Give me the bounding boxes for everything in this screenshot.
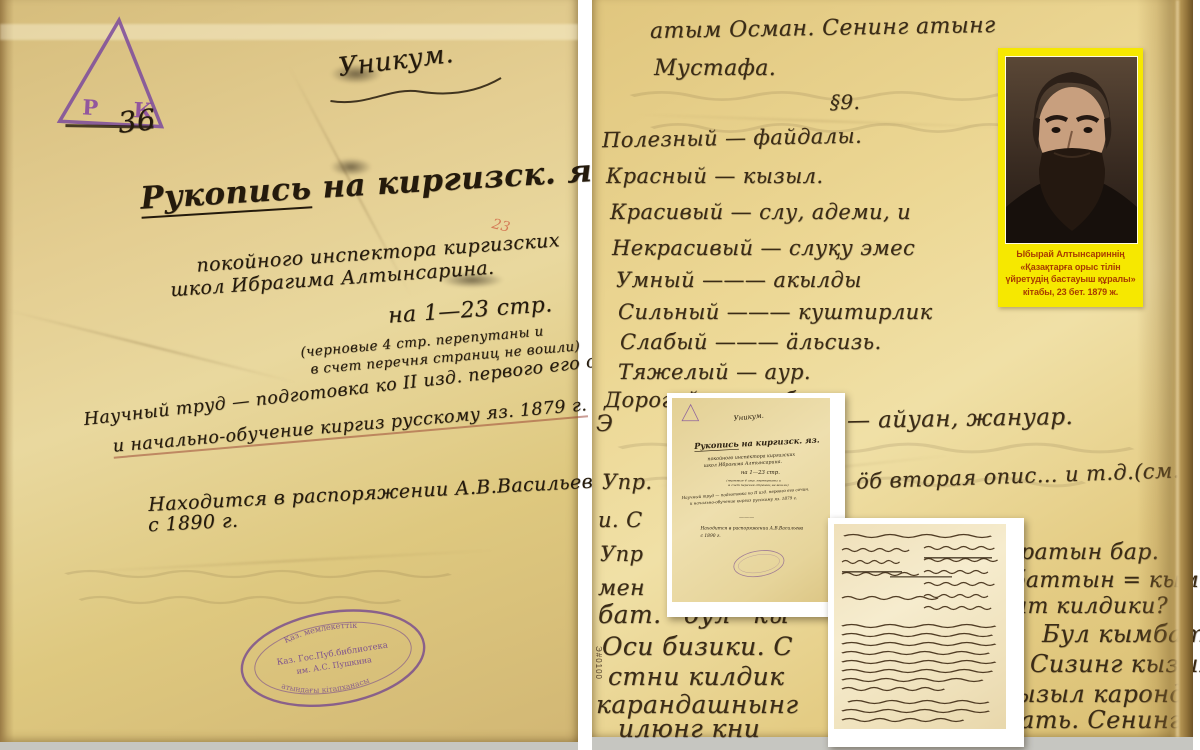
caption-line: үйретудің бастауыш құралы» xyxy=(1006,274,1136,284)
section-mark: §9. xyxy=(830,90,860,114)
mini-heading-word: Рукопись xyxy=(694,439,739,451)
ink-bleedthrough xyxy=(60,560,520,620)
thumbnail-paper: Уникум. Рукопись на киргизск. яз. покойн… xyxy=(672,398,830,602)
line-fragment: Оси бизики. С xyxy=(602,632,793,661)
cover-miniature: Уникум. Рукопись на киргизск. яз. покойн… xyxy=(672,398,830,602)
catalog-watermark: Э#0100 xyxy=(594,646,603,680)
mini-line: Находится в распоряжении А.В.Васильева xyxy=(700,526,803,531)
svg-text:Қаз. мемлекеттік: Қаз. мемлекеттік xyxy=(282,618,360,645)
eye xyxy=(1084,127,1093,133)
vocab-line: Тяжелый — аур. xyxy=(618,360,811,384)
inset-cover-thumbnail: Уникум. Рукопись на киргизск. яз. покойн… xyxy=(667,393,845,617)
line-fragment: мен xyxy=(598,576,645,601)
page-range-line: на 1—23 стр. xyxy=(387,292,553,328)
mini-line: на 1—23 стр. xyxy=(741,469,780,475)
holder-line: Находится в распоряжении А.В.Васильева xyxy=(148,470,606,516)
mini-line: в счет перечня страниц не вошли) xyxy=(728,483,788,486)
handwriting-line: Мустафа. xyxy=(654,56,776,81)
stamp-text-top: Қаз. мемлекеттік xyxy=(282,618,360,645)
line-fragment: — айуан, жануар. xyxy=(847,404,1074,434)
handwriting-line: атым Осман. Сенинг атынг xyxy=(650,13,996,44)
caption-line: «Қазақтарға орыс тілін xyxy=(1020,262,1120,272)
scanned-document: Р К 36 Уникум. 23 Рукопись на киргизск. … xyxy=(0,0,1200,750)
stamp-text-bottom: атындағы кітапханасы xyxy=(279,668,371,702)
mini-line: (черновые 4 стр. перепутаны и xyxy=(726,479,780,482)
binding-edge xyxy=(1137,0,1193,737)
vocab-line: Сильный ——— куштирлик xyxy=(618,300,933,324)
svg-text:атындағы кітапханасы: атындағы кітапханасы xyxy=(279,668,371,702)
binding-crease-highlight xyxy=(1176,0,1179,737)
mini-rk-stamp xyxy=(680,403,700,423)
rk-triangle-stamp: Р К xyxy=(49,9,178,147)
vocab-line: Слабый ——— ӓльсизь. xyxy=(620,330,882,354)
line-fragment: Упр. xyxy=(602,470,652,494)
line-fragment: и. С xyxy=(598,508,643,532)
altynsarin-portrait-photo xyxy=(1005,56,1138,244)
page-gap xyxy=(578,0,592,750)
mini-heading-rest: на киргизск. яз. xyxy=(738,435,819,449)
mini-line: с 1890 г. xyxy=(700,533,720,538)
ink-blot xyxy=(440,272,504,288)
vocab-line: Красный — кызыл. xyxy=(606,164,823,188)
mini-heading: Рукопись на киргизск. яз. xyxy=(694,435,820,451)
right-manuscript-page: атым Осман. Сенинг атынг Мустафа. §9. По… xyxy=(592,0,1193,737)
vocab-line: Полезный — файдалы. xyxy=(602,124,862,153)
mini-divider: ——— xyxy=(739,514,754,520)
ink-blot xyxy=(330,64,382,84)
caption-line: кітабы, 23 бет. 1879 ж. xyxy=(1023,287,1118,297)
left-manuscript-page: Р К 36 Уникум. 23 Рукопись на киргизск. … xyxy=(0,0,578,742)
vocab-line: Умный ——— акылды xyxy=(616,268,862,292)
vocab-line: Некрасивый — слуқу эмес xyxy=(612,236,915,260)
line-fragment: илюнг кни xyxy=(618,714,760,743)
mini-oval-stamp xyxy=(730,545,788,582)
handwritten-number: 36 xyxy=(116,102,157,140)
page-torn-edge xyxy=(0,0,14,742)
portrait-caption: Ыбырай Алтынсариннің «Қазақтарға орыс ті… xyxy=(1002,248,1139,298)
caption-line: Ыбырай Алтынсариннің xyxy=(1016,249,1124,259)
line-fragment: Упр xyxy=(600,542,643,566)
line-fragment: стни килдик xyxy=(608,662,784,691)
eye xyxy=(1052,127,1061,133)
paper-crease xyxy=(4,309,296,384)
line-fragment: Э xyxy=(596,412,613,437)
thumbnail-handwriting xyxy=(834,524,1006,729)
heading-underlined-word: Рукопись xyxy=(139,170,312,218)
holder-line: с 1890 г. xyxy=(147,510,238,537)
manuscript-heading: Рукопись на киргизск. яз. xyxy=(139,151,624,216)
vocab-line: Красивый — слу, адеми, и xyxy=(610,200,911,224)
portrait-frame: Ыбырай Алтынсариннің «Қазақтарға орыс ті… xyxy=(998,48,1143,307)
ink-blot xyxy=(330,158,372,176)
thumbnail-paper xyxy=(834,524,1006,729)
inset-manuscript-thumbnail xyxy=(828,518,1024,747)
mini-unikum: Уникум. xyxy=(733,412,764,423)
